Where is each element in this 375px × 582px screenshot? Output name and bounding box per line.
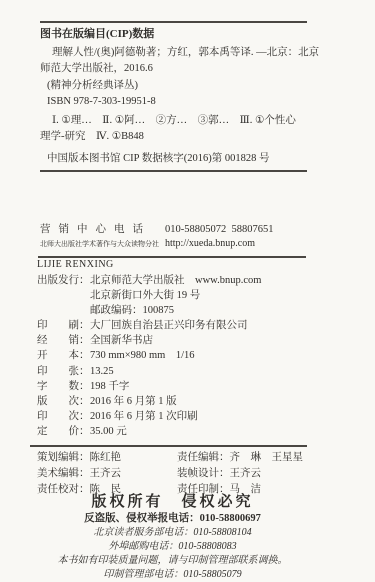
publication-row-label: 印 张：: [37, 364, 90, 379]
copyright-notice-section: 版权所有 侵权必究 反盗版、侵权举报电话：010-58800697 北京读者服务…: [0, 494, 345, 582]
publication-row-value: 730 mm×980 mm 1/16: [90, 348, 347, 363]
price-bottom-divider: [30, 445, 307, 447]
publication-row-format: 开 本： 730 mm×980 mm 1/16: [37, 348, 347, 363]
editor-row: 策划编辑：陈红艳 责任编辑：齐 琳 王星星: [37, 450, 352, 466]
publication-row-label: [37, 288, 90, 303]
cip-description-line2: 师范大学出版社，2016.6: [40, 61, 325, 78]
cip-bottom-divider: [40, 170, 307, 172]
publication-row-address: 北京新街口外大街 19 号: [37, 288, 347, 303]
marketing-branch-name: 北师大出版社学术著作与大众读物分社: [40, 236, 165, 249]
service-line-reader-dept: 北京读者服务部电话：010-58808104: [0, 526, 345, 540]
editors-section: 策划编辑：陈红艳 责任编辑：齐 琳 王星星 美术编辑：王齐云 装帧设计：王齐云 …: [37, 450, 352, 498]
cip-classification-line1: Ⅰ. ①理… Ⅱ. ①阿… ②方… ③郭… Ⅲ. ①个性心: [40, 113, 325, 130]
publication-row-value: 198 千字: [90, 379, 347, 394]
book-copyright-page: 图书在版编目(CIP)数据 理解人性/(奥)阿德勒著；方红，郭本禹等译. —北京…: [0, 0, 375, 582]
publication-info-section: LIJIE RENXING 出版发行： 北京师范大学出版社 www.bnup.c…: [37, 259, 347, 439]
piracy-report-line: 反盗版、侵权举报电话：010-58800697: [0, 511, 345, 526]
publication-row-impression: 印 次： 2016 年 6 月第 1 次印刷: [37, 409, 347, 424]
publication-row-value: 35.00 元: [90, 424, 347, 439]
marketing-section: 营销中心电话 010-58805072 58807651 北师大出版社学术著作与…: [40, 221, 340, 249]
publication-row-sheets: 印 张： 13.25: [37, 364, 347, 379]
marketing-phone-label: 营销中心电话: [40, 221, 165, 236]
cip-data-section: 图书在版编目(CIP)数据 理解人性/(奥)阿德勒著；方红，郭本禹等译. —北京…: [40, 26, 325, 167]
service-line-mail-order: 外埠邮购电话：010-58808083: [0, 540, 345, 554]
publication-row-distributor: 经 销： 全国新华书店: [37, 333, 347, 348]
service-line-print-dept: 印制管理部电话：010-58805079: [0, 568, 345, 582]
publication-row-publisher: 出版发行： 北京师范大学出版社 www.bnup.com: [37, 273, 347, 288]
publication-row-postcode: 邮政编码：100875: [37, 303, 347, 318]
publication-row-label: 开 本：: [37, 348, 90, 363]
cip-isbn: ISBN 978-7-303-19951-8: [40, 94, 325, 111]
publication-row-price: 定 价： 35.00 元: [37, 424, 347, 439]
publication-row-printer: 印 刷： 大厂回族自治县正兴印务有限公司: [37, 318, 347, 333]
publication-row-label: 定 价：: [37, 424, 90, 439]
editor-row: 美术编辑：王齐云 装帧设计：王齐云: [37, 466, 352, 482]
editor-role-label: 责任编辑：: [177, 452, 230, 463]
editor-role-label: 美术编辑：: [37, 468, 90, 479]
publication-row-value: 13.25: [90, 364, 347, 379]
publication-row-value: 2016 年 6 月第 1 版: [90, 394, 347, 409]
marketing-branch-url: http://xueda.bnup.com: [165, 238, 255, 249]
editor-role-label: 装帧设计：: [177, 468, 230, 479]
editor-name: 王齐云: [90, 468, 122, 479]
editor-name: 齐 琳 王星星: [230, 452, 304, 463]
publication-row-label: 出版发行：: [37, 273, 90, 288]
editor-role-label: 策划编辑：: [37, 452, 90, 463]
book-title-pinyin: LIJIE RENXING: [37, 259, 347, 270]
cip-classification-line2: 理学-研究 Ⅳ. ①B848: [40, 129, 325, 146]
publication-row-value: 北京新街口外大街 19 号: [90, 288, 347, 303]
publication-row-value: 2016 年 6 月第 1 次印刷: [90, 409, 347, 424]
cip-series: (精神分析经典译丛): [40, 78, 325, 95]
publication-row-value: 邮政编码：100875: [90, 303, 347, 318]
editor-name: 陈红艳: [90, 452, 122, 463]
publication-row-edition: 版 次： 2016 年 6 月第 1 版: [37, 394, 347, 409]
publication-row-label: 印 次：: [37, 409, 90, 424]
publication-row-label: 经 销：: [37, 333, 90, 348]
publication-row-value: 全国新华书店: [90, 333, 347, 348]
publication-row-value: 北京师范大学出版社 www.bnup.com: [90, 273, 347, 288]
publication-row-value: 大厂回族自治县正兴印务有限公司: [90, 318, 347, 333]
publication-row-label: 印 刷：: [37, 318, 90, 333]
publication-row-label: 字 数：: [37, 379, 90, 394]
service-line-quality-note: 本书如有印装质量问题，请与印制管理部联系调换。: [0, 554, 345, 568]
top-divider: [40, 21, 307, 23]
publication-row-label: [37, 303, 90, 318]
copyright-heading: 版权所有 侵权必究: [0, 494, 345, 511]
cip-title: 图书在版编目(CIP)数据: [40, 26, 325, 43]
marketing-phone-numbers: 010-58805072 58807651: [165, 224, 274, 235]
editor-name: 王齐云: [230, 468, 262, 479]
publication-row-label: 版 次：: [37, 394, 90, 409]
marketing-bottom-divider: [38, 256, 306, 258]
cip-description-line1: 理解人性/(奥)阿德勒著；方红，郭本禹等译. —北京：北京: [40, 45, 325, 62]
cip-record-number: 中国版本图书馆 CIP 数据核字(2016)第 001828 号: [40, 151, 325, 168]
publication-row-wordcount: 字 数： 198 千字: [37, 379, 347, 394]
